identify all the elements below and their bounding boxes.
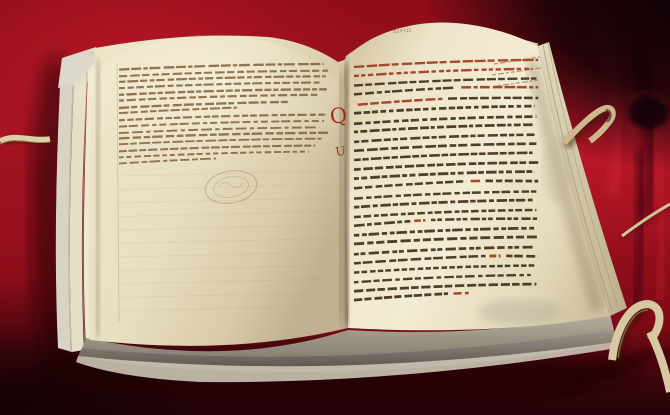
- clasp-tie-left: [0, 138, 50, 144]
- left-page-sheen: [70, 35, 350, 195]
- manuscript-photo-scene: xlviii Q U: [0, 0, 670, 415]
- illuminated-initial-q: Q: [328, 103, 348, 129]
- illuminated-initial-u: U: [334, 144, 346, 159]
- script-line: [448, 98, 538, 99]
- script-line: [431, 219, 538, 220]
- folio-number: xlviii: [393, 26, 412, 35]
- left-page-curl-shadow: [96, 60, 100, 336]
- tie-strap: [0, 138, 50, 141]
- manuscript-photo: xlviii Q U: [0, 0, 670, 415]
- script-line: [414, 220, 425, 221]
- parchment-stain: [478, 299, 562, 325]
- script-line: [506, 256, 538, 257]
- book-open-manuscript: xlviii Q U: [56, 23, 627, 383]
- script-line: [454, 293, 469, 294]
